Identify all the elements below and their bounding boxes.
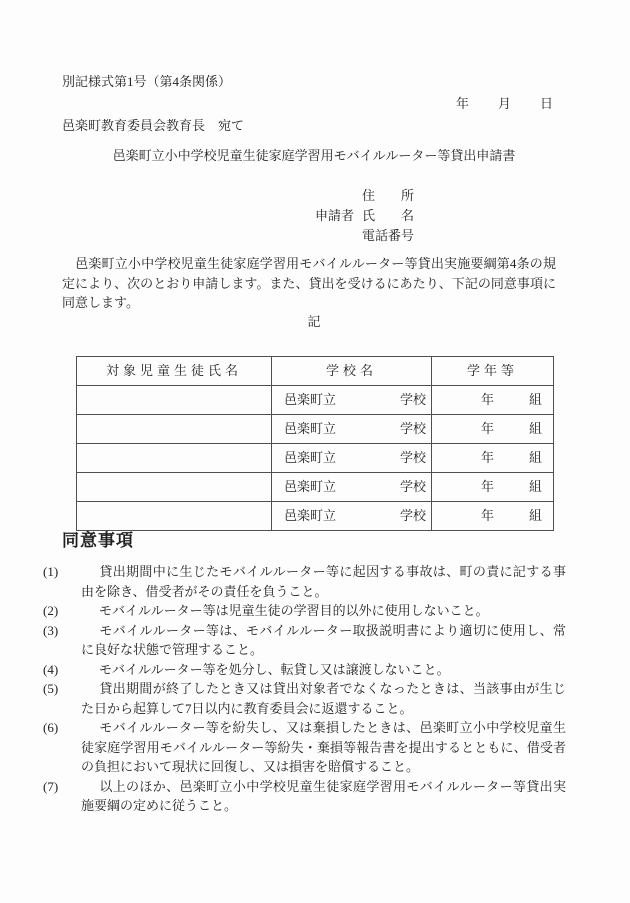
roster-row: 邑楽町立学校年組 bbox=[77, 386, 554, 415]
roster-header-row: 対象児童生徒氏名 学校名 学年等 bbox=[77, 357, 554, 386]
roster-table: 対象児童生徒氏名 学校名 学年等 邑楽町立学校年組邑楽町立学校年組邑楽町立学校年… bbox=[76, 356, 554, 531]
ki-label: 記 bbox=[62, 312, 566, 332]
grade-year-label: 年 bbox=[481, 390, 494, 410]
student-name-cell bbox=[77, 444, 272, 473]
agreement-heading: 同意事項 bbox=[62, 530, 134, 552]
student-name-cell bbox=[77, 502, 272, 531]
grade-cell: 年組 bbox=[432, 502, 554, 531]
document-page: 別記様式第1号（第4条関係） 年 月 日 邑楽町教育委員会教育長 宛て 邑楽町立… bbox=[0, 0, 630, 903]
form-id: 別記様式第1号（第4条関係） bbox=[62, 72, 231, 92]
grade-year-label: 年 bbox=[481, 506, 494, 526]
agreement-item-text: 以上のほか、邑楽町立小中学校児童生徒家庭学習用モバイルルーター等貸出実施要綱の定… bbox=[81, 779, 566, 814]
agreement-item-number: (4) bbox=[62, 660, 99, 680]
student-name-cell bbox=[77, 473, 272, 502]
applicant-block: 住 所 申請者氏 名 電話番号 bbox=[315, 186, 414, 246]
school-name-cell: 邑楽町立学校 bbox=[272, 502, 432, 531]
grade-class-label: 組 bbox=[529, 477, 542, 497]
agreement-item-text: モバイルルーター等は児童生徒の学習目的以外に使用しないこと。 bbox=[99, 603, 489, 618]
agreement-item: (5)貸出期間が終了したとき又は貸出対象者でなくなったときは、当該事由が生じた日… bbox=[81, 679, 566, 718]
date-line: 年 月 日 bbox=[62, 94, 554, 114]
school-suffix-label: 学校 bbox=[400, 390, 426, 410]
school-suffix-label: 学校 bbox=[400, 506, 426, 526]
school-prefix-label: 邑楽町立 bbox=[284, 477, 336, 497]
col-header-school-name: 学校名 bbox=[272, 357, 432, 386]
addressee-line: 邑楽町教育委員会教育長 宛て bbox=[62, 116, 244, 136]
student-name-cell bbox=[77, 415, 272, 444]
school-suffix-label: 学校 bbox=[400, 477, 426, 497]
grade-class-label: 組 bbox=[529, 506, 542, 526]
grade-cell: 年組 bbox=[432, 473, 554, 502]
student-name-cell bbox=[77, 386, 272, 415]
grade-cell: 年組 bbox=[432, 386, 554, 415]
agreement-item-number: (6) bbox=[62, 718, 99, 738]
agreement-item-text: 貸出期間が終了したとき又は貸出対象者でなくなったときは、当該事由が生じた日から起… bbox=[81, 681, 566, 716]
applicant-phone-row: 電話番号 bbox=[315, 226, 414, 246]
agreement-item: (1)貸出期間中に生じたモバイルルーター等に起因する事故は、町の責に記する事由を… bbox=[81, 562, 566, 601]
applicant-address-row: 住 所 bbox=[315, 186, 414, 206]
grade-class-label: 組 bbox=[529, 390, 542, 410]
roster-row: 邑楽町立学校年組 bbox=[77, 415, 554, 444]
agreement-item: (6)モバイルルーター等を紛失し、又は棄損したときは、邑楽町立小中学校児童生徒家… bbox=[81, 718, 566, 777]
roster-row: 邑楽町立学校年組 bbox=[77, 502, 554, 531]
school-prefix-label: 邑楽町立 bbox=[284, 506, 336, 526]
applicant-address-label: 住 所 bbox=[362, 188, 414, 203]
agreement-item-number: (5) bbox=[62, 679, 99, 699]
agreement-item-text: モバイルルーター等を紛失し、又は棄損したときは、邑楽町立小中学校児童生徒家庭学習… bbox=[81, 720, 566, 774]
agreement-item: (7)以上のほか、邑楽町立小中学校児童生徒家庭学習用モバイルルーター等貸出実施要… bbox=[81, 777, 566, 816]
school-prefix-label: 邑楽町立 bbox=[284, 448, 336, 468]
agreement-item: (4)モバイルルーター等を処分し、転貸し又は譲渡しないこと。 bbox=[81, 660, 566, 680]
col-header-student-name: 対象児童生徒氏名 bbox=[77, 357, 272, 386]
applicant-name-row: 申請者氏 名 bbox=[315, 206, 414, 226]
agreement-item-number: (3) bbox=[62, 621, 99, 641]
agreement-item-text: モバイルルーター等は、モバイルルーター取扱説明書により適切に使用し、常に良好な状… bbox=[81, 623, 566, 658]
grade-class-label: 組 bbox=[529, 448, 542, 468]
grade-class-label: 組 bbox=[529, 419, 542, 439]
school-name-cell: 邑楽町立学校 bbox=[272, 473, 432, 502]
school-name-cell: 邑楽町立学校 bbox=[272, 444, 432, 473]
agreement-item: (3)モバイルルーター等は、モバイルルーター取扱説明書により適切に使用し、常に良… bbox=[81, 621, 566, 660]
school-name-cell: 邑楽町立学校 bbox=[272, 415, 432, 444]
school-suffix-label: 学校 bbox=[400, 419, 426, 439]
roster-row: 邑楽町立学校年組 bbox=[77, 473, 554, 502]
roster-row: 邑楽町立学校年組 bbox=[77, 444, 554, 473]
agreement-item-number: (2) bbox=[62, 601, 99, 621]
agreement-item-number: (7) bbox=[62, 777, 99, 797]
applicant-name-label: 氏 名 bbox=[362, 208, 414, 223]
agreement-list: (1)貸出期間中に生じたモバイルルーター等に起因する事故は、町の責に記する事由を… bbox=[62, 562, 566, 816]
school-prefix-label: 邑楽町立 bbox=[284, 390, 336, 410]
school-prefix-label: 邑楽町立 bbox=[284, 419, 336, 439]
grade-cell: 年組 bbox=[432, 415, 554, 444]
school-name-cell: 邑楽町立学校 bbox=[272, 386, 432, 415]
grade-year-label: 年 bbox=[481, 477, 494, 497]
agreement-item-text: 貸出期間中に生じたモバイルルーター等に起因する事故は、町の責に記する事由を除き、… bbox=[81, 564, 566, 599]
col-header-grade: 学年等 bbox=[432, 357, 554, 386]
agreement-item-text: モバイルルーター等を処分し、転貸し又は譲渡しないこと。 bbox=[99, 662, 450, 677]
roster-table-body: 邑楽町立学校年組邑楽町立学校年組邑楽町立学校年組邑楽町立学校年組邑楽町立学校年組 bbox=[77, 386, 554, 531]
document-title: 邑楽町立小中学校児童生徒家庭学習用モバイルルーター等貸出申請書 bbox=[62, 146, 566, 166]
applicant-phone-label: 電話番号 bbox=[362, 228, 414, 243]
grade-year-label: 年 bbox=[481, 419, 494, 439]
roster-table-wrap: 対象児童生徒氏名 学校名 学年等 邑楽町立学校年組邑楽町立学校年組邑楽町立学校年… bbox=[76, 356, 554, 531]
agreement-item: (2)モバイルルーター等は児童生徒の学習目的以外に使用しないこと。 bbox=[81, 601, 566, 621]
grade-year-label: 年 bbox=[481, 448, 494, 468]
body-paragraph: 邑楽町立小中学校児童生徒家庭学習用モバイルルーター等貸出実施要綱第4条の規定によ… bbox=[62, 254, 556, 313]
agreement-item-number: (1) bbox=[62, 562, 99, 582]
applicant-prefix-label: 申請者 bbox=[315, 206, 362, 226]
grade-cell: 年組 bbox=[432, 444, 554, 473]
school-suffix-label: 学校 bbox=[400, 448, 426, 468]
